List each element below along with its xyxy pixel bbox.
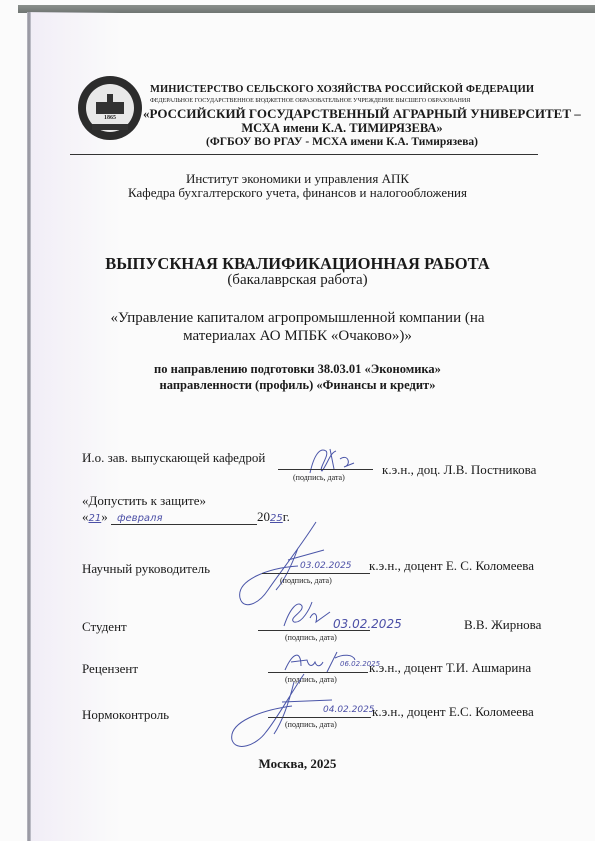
supervisor-person: к.э.н., доцент Е. С. Коломеева bbox=[369, 558, 534, 574]
student-role: Студент bbox=[82, 619, 127, 635]
study-profile: направленности (профиль) «Финансы и кред… bbox=[0, 378, 595, 393]
city-year: Москва, 2025 bbox=[0, 756, 595, 772]
normcontrol-role: Нормоконтроль bbox=[82, 707, 169, 723]
document-subtype: (бакалаврская работа) bbox=[0, 272, 595, 289]
supervisor-signature-line bbox=[262, 573, 370, 574]
department-name: Кафедра бухгалтерского учета, финансов и… bbox=[0, 185, 595, 201]
university-name-line2: МСХА имени К.А. ТИМИРЯЗЕВА» bbox=[0, 121, 595, 136]
reviewer-role: Рецензент bbox=[82, 661, 138, 677]
head-signature-line bbox=[278, 469, 373, 470]
admit-label: «Допустить к защите» bbox=[82, 493, 206, 509]
student-person: В.В. Жирнова bbox=[464, 617, 541, 633]
normcontrol-person: к.э.н., доцент Е.С. Коломеева bbox=[372, 704, 534, 720]
normcontrol-signature-icon bbox=[222, 672, 332, 752]
thesis-topic-line1: «Управление капиталом агропромышленной к… bbox=[0, 310, 595, 327]
university-name-line1: «РОССИЙСКИЙ ГОСУДАРСТВЕННЫЙ АГРАРНЫЙ УНИ… bbox=[143, 106, 581, 122]
header-divider bbox=[70, 154, 538, 155]
document-type: ВЫПУСКНАЯ КВАЛИФИКАЦИОННАЯ РАБОТА bbox=[0, 254, 595, 274]
study-direction: по направлению подготовки 38.03.01 «Экон… bbox=[0, 362, 595, 377]
institution-type: ФЕДЕРАЛЬНОЕ ГОСУДАРСТВЕННОЕ БЮДЖЕТНОЕ ОБ… bbox=[150, 98, 470, 104]
student-signature-icon bbox=[280, 598, 340, 630]
student-signature-caption: (подпись, дата) bbox=[285, 633, 337, 642]
supervisor-role: Научный руководитель bbox=[82, 561, 210, 577]
reviewer-person: к.э.н., доцент Т.И. Ашмарина bbox=[369, 660, 531, 676]
head-person: к.э.н., доц. Л.В. Постникова bbox=[382, 462, 536, 478]
head-signature-icon bbox=[300, 445, 360, 475]
normcontrol-sign-date: 04.02.2025 bbox=[323, 705, 375, 715]
normcontrol-signature-line bbox=[268, 717, 371, 718]
supervisor-sign-date: 03.02.2025 bbox=[300, 561, 352, 571]
student-sign-date: 03.02.2025 bbox=[333, 617, 402, 631]
normcontrol-signature-caption: (подпись, дата) bbox=[285, 720, 337, 729]
admit-day: 21 bbox=[89, 513, 102, 524]
university-short-name: (ФГБОУ ВО РГАУ - МСХА имени К.А. Тимиряз… bbox=[0, 136, 595, 148]
head-role: И.о. зав. выпускающей кафедрой bbox=[82, 450, 265, 466]
supervisor-signature-caption: (подпись, дата) bbox=[280, 576, 332, 585]
ministry-name: МИНИСТЕРСТВО СЕЛЬСКОГО ХОЗЯЙСТВА РОССИЙС… bbox=[150, 84, 534, 95]
thesis-topic-line2: материалах АО МПБК «Очаково»)» bbox=[0, 328, 595, 345]
head-signature-caption: (подпись, дата) bbox=[293, 473, 345, 482]
